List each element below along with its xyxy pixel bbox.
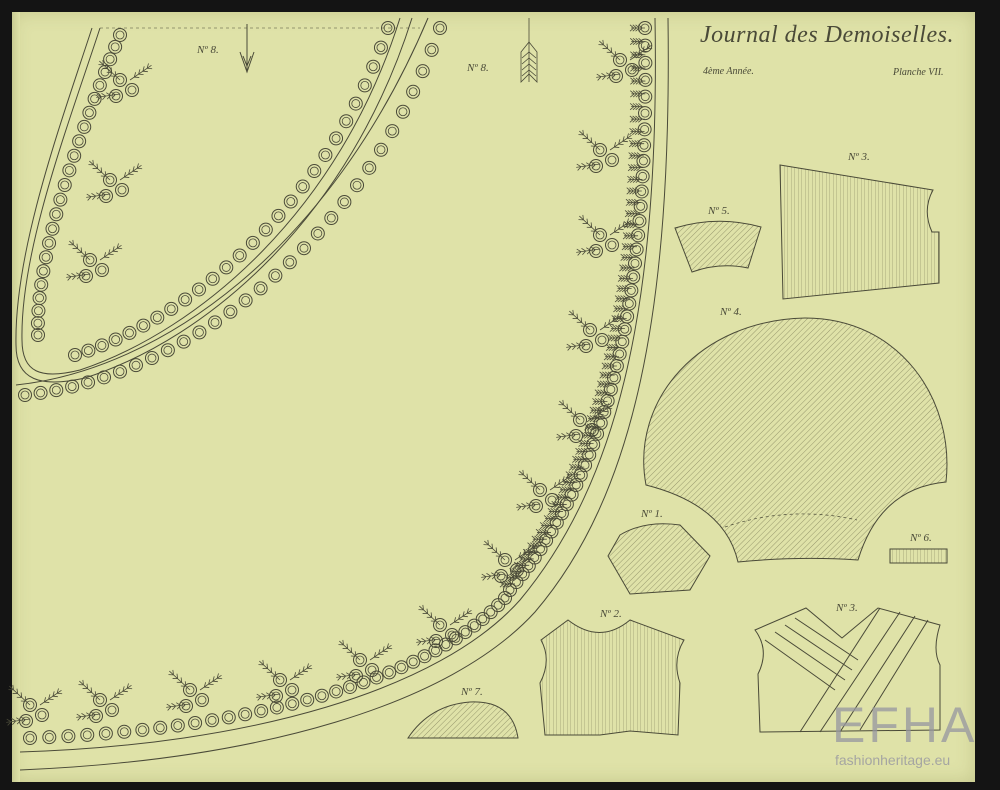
piece-n2: [540, 620, 684, 735]
arrow-down-icon: [240, 24, 254, 72]
piece-label-n8-right: Nº 8.: [467, 62, 489, 74]
journal-title: Journal des Demoiselles.: [700, 22, 954, 49]
piece-label-n2: Nº 2.: [600, 608, 622, 620]
piece-n8-left-outline: [16, 18, 428, 385]
piece-label-n5: Nº 5.: [708, 205, 730, 217]
piece-label-n6: Nº 6.: [910, 532, 932, 544]
piece-n4: [644, 318, 947, 562]
piece-label-n7: Nº 7.: [461, 686, 483, 698]
piece-label-n3-bottom: Nº 3.: [836, 602, 858, 614]
piece-n5: [675, 221, 761, 272]
piece-n3-top: [780, 165, 939, 299]
piece-label-n1: Nº 1.: [641, 508, 663, 520]
efha-logo: EFHA: [832, 700, 977, 750]
pattern-plate-artwork: [0, 0, 1000, 790]
piece-n7: [408, 702, 518, 738]
year-label: 4ème Année.: [703, 66, 754, 77]
embroidery-sprigs: [6, 25, 652, 726]
watermark-url: fashionheritage.eu: [835, 752, 950, 768]
piece-label-n8-left: Nº 8.: [197, 44, 219, 56]
grain-arrow-icon: [521, 18, 537, 82]
piece-n1: [608, 524, 710, 594]
plate-number: Planche VII.: [893, 67, 944, 78]
piece-n6: [890, 549, 947, 563]
piece-label-n3-top: Nº 3.: [848, 151, 870, 163]
piece-label-n4: Nº 4.: [720, 306, 742, 318]
